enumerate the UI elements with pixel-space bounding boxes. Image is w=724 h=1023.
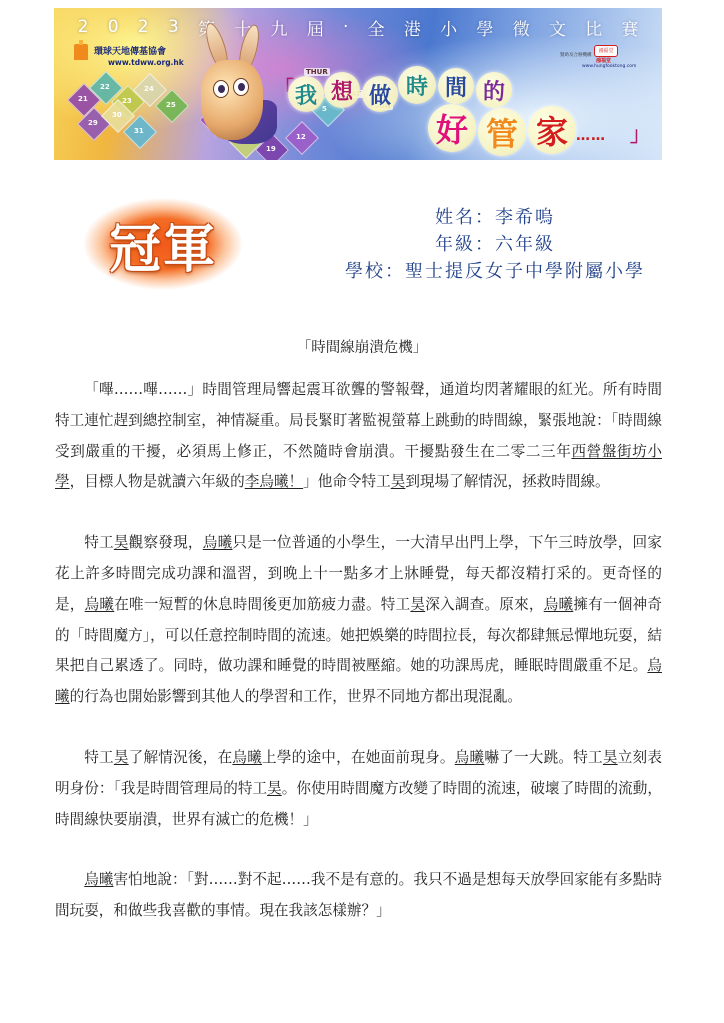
sponsor-mark-icon: 鴻福堂 <box>594 45 618 57</box>
competition-title-char: 0 <box>108 17 119 37</box>
competition-title-char: 學 <box>476 15 493 40</box>
slogan-char: 家 <box>528 106 576 154</box>
underlined-proper-noun: 昊 <box>603 749 618 766</box>
essay-text: 」他命令特工 <box>303 473 391 490</box>
organizer-mark-icon <box>74 44 88 60</box>
essay-paragraph: 「嗶……嗶……」時間管理局響起震耳欲聾的警報聲，通道均閃著耀眼的紅光。所有時間特… <box>55 375 662 498</box>
slogan-char: 間 <box>438 68 474 104</box>
competition-title-char: 3 <box>168 17 179 37</box>
competition-title-char: 文 <box>549 15 566 40</box>
student-info: 姓名：李希嗚 年級：六年級 學校：聖士提反女子中學附屬小學 <box>330 204 660 285</box>
slogan-char: 做 <box>362 76 398 112</box>
slogan-close-quote: 」 <box>630 118 650 147</box>
underlined-proper-noun: 昊 <box>267 780 282 797</box>
slogan-char: 我 <box>288 76 324 112</box>
essay-text: 到現場了解情況，拯救時間線。 <box>405 473 609 490</box>
calendar-number: 25 <box>166 101 176 109</box>
competition-title-char: 徵 <box>513 15 530 40</box>
competition-title-char: 小 <box>440 15 457 40</box>
mascot-eye <box>213 80 229 98</box>
calendar-number: 30 <box>112 111 122 119</box>
underlined-proper-noun: 昊 <box>410 596 425 613</box>
essay-text: 特工 <box>84 534 114 551</box>
slogan-char: 想 <box>324 72 360 108</box>
mascot-illustration <box>179 22 289 147</box>
essay-text: 了解情況後，在 <box>129 749 233 766</box>
calendar-number: 22 <box>100 83 110 91</box>
essay-text: 深入調查。原來， <box>425 596 543 613</box>
essay-title: 「時間線崩潰危機」 <box>0 336 724 357</box>
student-name: 姓名：李希嗚 <box>330 204 660 231</box>
slogan-char: 的 <box>476 72 512 108</box>
slogan-char: 管 <box>478 108 526 156</box>
sponsor-caption: 贊助及合辦機構 <box>560 52 592 58</box>
essay-text: 在唯一短暫的休息時間後更加筋疲力盡。特工 <box>114 596 410 613</box>
underlined-proper-noun: 烏曦 <box>544 596 574 613</box>
essay-body: 「嗶……嗶……」時間管理局響起震耳欲聾的警報聲，通道均閃著耀眼的紅光。所有時間特… <box>55 375 662 957</box>
mascot-body <box>201 60 263 140</box>
competition-title-char: 港 <box>404 15 421 40</box>
mascot-eye <box>233 78 249 96</box>
essay-text: 的行為也開始影響到其他人的學習和工作，世界不同地方都出現混亂。 <box>70 688 522 705</box>
slogan: 「 …… 」 我想做時間的好管家 <box>274 66 654 160</box>
underlined-proper-noun: 烏曦 <box>84 871 113 888</box>
underlined-proper-noun: 烏曦 <box>203 534 233 551</box>
essay-paragraph: 特工昊觀察發現，烏曦只是一位普通的小學生，一大清早出門上學，下午三時放學，回家花… <box>55 528 662 713</box>
student-grade: 年級：六年級 <box>330 231 660 258</box>
competition-title-char: 全 <box>368 15 385 40</box>
essay-text: 觀察發現， <box>129 534 203 551</box>
calendar-number: 24 <box>144 85 154 93</box>
essay-text: 特工 <box>84 749 114 766</box>
sponsor-brand: 鴻福堂 <box>596 57 611 64</box>
essay-text: 害怕地說：「對……對不起……我不是有意的。我只不過是想每天放學回家能有多點時間玩… <box>55 871 662 919</box>
calendar-number: 31 <box>134 127 144 135</box>
competition-title: 2023第十九屆·全港小學徵文比賽 <box>54 12 662 42</box>
competition-title-char: 2 <box>78 17 89 37</box>
competition-title-char: 2 <box>138 17 149 37</box>
essay-text: 嚇了一大跳。特工 <box>484 749 603 766</box>
competition-title-char: 賽 <box>621 15 638 40</box>
essay-paragraph: 特工昊了解情況後，在烏曦上學的途中，在她面前現身。烏曦嚇了一大跳。特工昊立刻表明… <box>55 743 662 835</box>
competition-title-char: 比 <box>585 15 602 40</box>
underlined-proper-noun: 烏曦 <box>455 749 485 766</box>
organizer-logo: 環球天地傳基協會 www.tdww.org.hk <box>64 42 234 72</box>
essay-text: ，目標人物是就讀六年級的 <box>70 473 245 490</box>
competition-title-char: 屆 <box>307 15 324 40</box>
student-school: 學校：聖士提反女子中學附屬小學 <box>330 258 660 285</box>
essay-text: 上學的途中，在她面前現身。 <box>262 749 455 766</box>
award-label: 冠軍 <box>109 207 217 282</box>
underlined-proper-noun: 烏曦 <box>232 749 262 766</box>
calendar-number: 21 <box>78 95 88 103</box>
award-badge: 冠軍 <box>84 196 242 292</box>
underlined-proper-noun: 昊 <box>114 534 129 551</box>
organizer-name: 環球天地傳基協會 <box>94 44 166 57</box>
essay-paragraph: 烏曦害怕地說：「對……對不起……我不是有意的。我只不過是想每天放學回家能有多點時… <box>55 865 662 927</box>
competition-banner: 2023第十九屆·全港小學徵文比賽 2122232425293031171819… <box>54 8 662 160</box>
underlined-proper-noun: 李烏曦！ <box>245 473 303 490</box>
competition-title-char: · <box>343 17 348 37</box>
underlined-proper-noun: 昊 <box>391 473 406 490</box>
calendar-number: 29 <box>88 119 98 127</box>
slogan-char: 時 <box>398 66 436 104</box>
underlined-proper-noun: 昊 <box>114 749 129 766</box>
organizer-url: www.tdww.org.hk <box>108 58 184 67</box>
slogan-char: 好 <box>428 104 476 152</box>
underlined-proper-noun: 烏曦 <box>85 596 115 613</box>
slogan-ellipsis: …… <box>576 128 606 144</box>
